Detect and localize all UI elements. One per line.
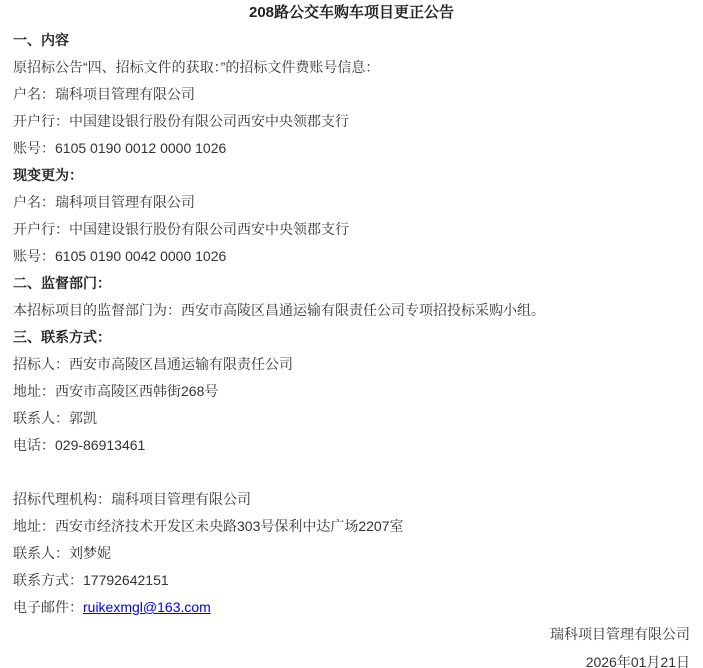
updated-account-name: 户名：瑞科项目管理有限公司 xyxy=(13,195,690,210)
updated-bank: 开户行：中国建设银行股份有限公司西安中央领郡支行 xyxy=(13,222,690,237)
blank-line-spacer xyxy=(13,465,690,492)
tenderer-address: 地址：西安市高陵区西韩街268号 xyxy=(13,384,690,399)
tenderer-name: 招标人：西安市高陵区昌通运输有限责任公司 xyxy=(13,357,690,372)
agency-phone: 联系方式：17792642151 xyxy=(13,573,690,588)
original-account-number: 账号：6105 0190 0012 0000 1026 xyxy=(13,141,690,156)
supervision-body: 本招标项目的监督部门为：西安市高陵区昌通运输有限责任公司专项招投标采购小组。 xyxy=(13,303,690,318)
agency-address: 地址：西安市经济技术开发区未央路303号保利中达广场2207室 xyxy=(13,519,690,534)
announcement-document: 208路公交车购车项目更正公告 一、内容 原招标公告“四、招标文件的获取：”的招… xyxy=(0,0,703,668)
email-link[interactable]: ruikexmgl@163.com xyxy=(83,599,211,615)
section-3-heading: 三、联系方式： xyxy=(13,330,690,345)
agency-name: 招标代理机构：瑞科项目管理有限公司 xyxy=(13,492,690,507)
content-intro: 原招标公告“四、招标文件的获取：”的招标文件费账号信息： xyxy=(13,60,690,75)
agency-email-line: 电子邮件：ruikexmgl@163.com xyxy=(13,600,690,615)
updated-account-number: 账号：6105 0190 0042 0000 1026 xyxy=(13,249,690,264)
page-title: 208路公交车购车项目更正公告 xyxy=(13,5,690,21)
section-1-heading: 一、内容 xyxy=(13,33,690,48)
change-label: 现变更为： xyxy=(13,168,690,183)
footer-date: 2026年01月21日 xyxy=(13,655,690,668)
agency-contact-person: 联系人：刘梦妮 xyxy=(13,546,690,561)
section-2-heading: 二、监督部门： xyxy=(13,276,690,291)
original-account-name: 户名：瑞科项目管理有限公司 xyxy=(13,87,690,102)
email-label: 电子邮件： xyxy=(13,599,83,615)
tenderer-phone: 电话：029-86913461 xyxy=(13,438,690,453)
original-bank: 开户行：中国建设银行股份有限公司西安中央领郡支行 xyxy=(13,114,690,129)
footer-company: 瑞科项目管理有限公司 xyxy=(13,627,690,642)
tenderer-contact-person: 联系人：郭凯 xyxy=(13,411,690,426)
